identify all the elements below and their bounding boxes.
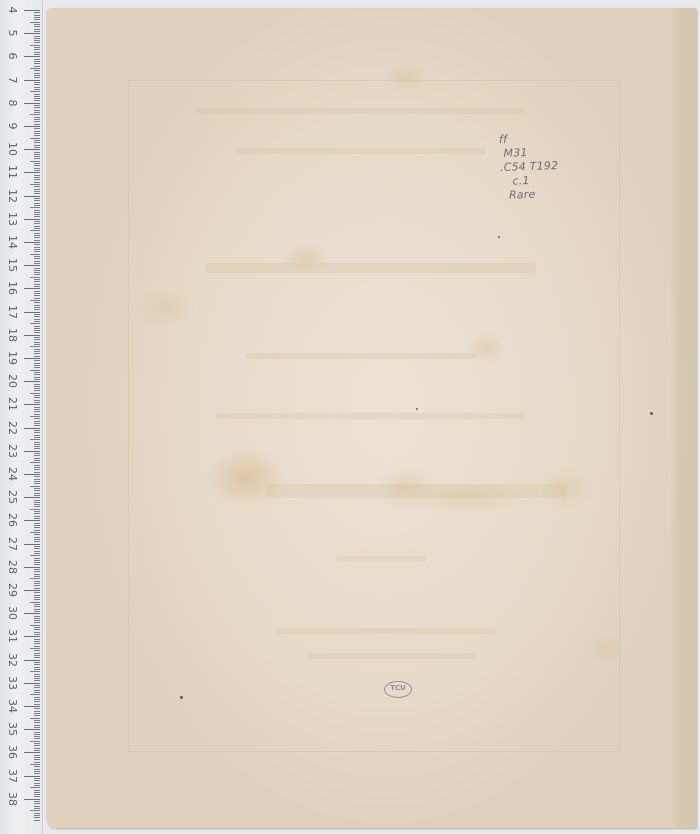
- ruler-mm-tick: [34, 481, 40, 482]
- ruler-mm-tick: [34, 815, 40, 816]
- ruler-mm-tick: [34, 467, 40, 468]
- ruler-mm-tick: [34, 806, 40, 807]
- ruler-cm-tick: [24, 265, 40, 266]
- ruler-cm-tick: [24, 103, 40, 104]
- ruler-mm-tick: [34, 15, 40, 16]
- ruler-mm-tick: [30, 91, 40, 92]
- ruler-mm-tick: [30, 694, 40, 695]
- ruler-mm-tick: [34, 96, 40, 97]
- ruler-mm-tick: [34, 794, 40, 795]
- ruler-mm-tick: [34, 110, 40, 111]
- ruler-mm-tick: [34, 674, 40, 675]
- ruler-mm-tick: [34, 622, 40, 623]
- ruler-mm-tick: [34, 152, 40, 153]
- ruler-mm-tick: [34, 305, 40, 306]
- ruler-mm-tick: [34, 279, 40, 280]
- ruler-mm-tick: [34, 432, 40, 433]
- ruler-cm-tick: [24, 544, 40, 545]
- ruler-mm-tick: [34, 657, 40, 658]
- ruler-mm-tick: [34, 715, 40, 716]
- foxing-speck: [180, 696, 183, 699]
- ruler-mm-tick: [34, 40, 40, 41]
- ruler-mm-tick: [34, 374, 40, 375]
- ruler-mm-tick: [34, 135, 40, 136]
- ruler-mm-tick: [34, 105, 40, 106]
- ruler-mm-tick: [34, 632, 40, 633]
- ruler-mm-tick: [34, 168, 40, 169]
- ruler-mm-tick: [34, 291, 40, 292]
- ruler-mm-tick: [34, 26, 40, 27]
- ruler-cm-tick: [24, 358, 40, 359]
- ruler-mm-tick: [34, 316, 40, 317]
- ruler-mm-tick: [34, 759, 40, 760]
- ruler-mm-tick: [34, 342, 40, 343]
- ruler-mm-tick: [34, 156, 40, 157]
- ruler-label: 12: [6, 188, 18, 204]
- ruler-mm-tick: [30, 486, 40, 487]
- ruler-mm-tick: [34, 708, 40, 709]
- ruler-mm-tick: [34, 70, 40, 71]
- ruler-cm-tick: [24, 729, 40, 730]
- ruler-mm-tick: [30, 254, 40, 255]
- ruler-mm-tick: [34, 453, 40, 454]
- ruler-mm-tick: [34, 163, 40, 164]
- ruler-mm-tick: [34, 569, 40, 570]
- ruler-label: 32: [6, 652, 18, 668]
- ruler-mm-tick: [34, 251, 40, 252]
- ruler-label: 11: [6, 164, 18, 180]
- ruler-cm-tick: [24, 196, 40, 197]
- ruler-mm-tick: [30, 68, 40, 69]
- ruler-cm-tick: [24, 520, 40, 521]
- ruler-mm-tick: [34, 680, 40, 681]
- ruler-mm-tick: [34, 504, 40, 505]
- ruler-mm-tick: [34, 541, 40, 542]
- ruler-mm-tick: [34, 518, 40, 519]
- ruler-mm-tick: [34, 47, 40, 48]
- ruler-mm-tick: [34, 84, 40, 85]
- ruler-cm-tick: [24, 149, 40, 150]
- ruler-mm-tick: [30, 741, 40, 742]
- ruler-mm-tick: [34, 52, 40, 53]
- ruler-mm-tick: [34, 19, 40, 20]
- ruler-mm-tick: [34, 31, 40, 32]
- ruler-mm-tick: [30, 277, 40, 278]
- ruler-mm-tick: [34, 757, 40, 758]
- ruler-mm-tick: [34, 414, 40, 415]
- ruler-mm-tick: [30, 462, 40, 463]
- call-number-line: .C54 T192: [500, 159, 559, 175]
- ruler-mm-tick: [34, 89, 40, 90]
- ruler-mm-tick: [34, 249, 40, 250]
- ruler-mm-tick: [34, 546, 40, 547]
- ruler-mm-tick: [34, 298, 40, 299]
- ruler-mm-tick: [34, 421, 40, 422]
- ruler-cm-tick: [24, 776, 40, 777]
- ruler-mm-tick: [34, 442, 40, 443]
- ruler-mm-tick: [34, 581, 40, 582]
- ruler-mm-tick: [30, 45, 40, 46]
- ruler-mm-tick: [34, 692, 40, 693]
- ruler-cm-tick: [24, 613, 40, 614]
- ruler-mm-tick: [34, 284, 40, 285]
- ruler-mm-tick: [34, 701, 40, 702]
- ruler-mm-tick: [34, 609, 40, 610]
- ruler-mm-tick: [34, 713, 40, 714]
- ruler-mm-tick: [34, 154, 40, 155]
- ruler-mm-tick: [34, 365, 40, 366]
- ruler-mm-tick: [34, 124, 40, 125]
- ruler-mm-tick: [34, 493, 40, 494]
- ruler-mm-tick: [34, 576, 40, 577]
- ruler-mm-tick: [34, 198, 40, 199]
- ruler-mm-tick: [34, 351, 40, 352]
- ruler-mm-tick: [34, 258, 40, 259]
- ruler-mm-tick: [34, 792, 40, 793]
- ruler-mm-tick: [30, 346, 40, 347]
- ruler-mm-tick: [34, 803, 40, 804]
- ruler-cm-tick: [24, 636, 40, 637]
- ruler-mm-tick: [30, 718, 40, 719]
- ruler-mm-tick: [34, 595, 40, 596]
- ruler-mm-tick: [34, 332, 40, 333]
- ruler-mm-tick: [34, 511, 40, 512]
- ruler-mm-tick: [34, 430, 40, 431]
- ruler-mm-tick: [34, 523, 40, 524]
- handwritten-call-number: ff M31 .C54 T192 c.1 Rare: [499, 131, 560, 203]
- ruler-mm-tick: [34, 539, 40, 540]
- ruler-mm-tick: [34, 200, 40, 201]
- ruler-label: 5: [6, 25, 18, 41]
- ruler-mm-tick: [30, 184, 40, 185]
- ruler-mm-tick: [34, 643, 40, 644]
- measuring-ruler: 4567891011121314151617181920212223242526…: [0, 0, 43, 834]
- ruler-label: 17: [6, 304, 18, 320]
- ruler-mm-tick: [30, 22, 40, 23]
- ruler-cm-tick: [24, 381, 40, 382]
- ruler-mm-tick: [34, 435, 40, 436]
- ruler-mm-tick: [30, 300, 40, 301]
- ruler-mm-tick: [34, 395, 40, 396]
- ruler-mm-tick: [34, 616, 40, 617]
- ruler-mm-tick: [34, 773, 40, 774]
- ruler-mm-tick: [34, 646, 40, 647]
- ruler-label: 38: [6, 791, 18, 807]
- ruler-mm-tick: [34, 732, 40, 733]
- ruler-mm-tick: [34, 748, 40, 749]
- ruler-mm-tick: [34, 189, 40, 190]
- ruler-mm-tick: [34, 17, 40, 18]
- ruler-mm-tick: [34, 165, 40, 166]
- ruler-mm-tick: [34, 558, 40, 559]
- show-through-text: [306, 653, 476, 659]
- ruler-mm-tick: [34, 634, 40, 635]
- ruler-mm-tick: [34, 444, 40, 445]
- ruler-mm-tick: [34, 469, 40, 470]
- ruler-label: 21: [6, 396, 18, 412]
- ruler-mm-tick: [34, 817, 40, 818]
- ruler-cm-tick: [24, 56, 40, 57]
- ruler-mm-tick: [34, 175, 40, 176]
- ruler-mm-tick: [34, 720, 40, 721]
- ruler-mm-tick: [34, 221, 40, 222]
- ruler-mm-tick: [34, 455, 40, 456]
- ruler-mm-tick: [30, 416, 40, 417]
- show-through-text: [276, 628, 496, 634]
- ruler-mm-tick: [34, 771, 40, 772]
- ruler-mm-tick: [30, 439, 40, 440]
- ruler-mm-tick: [34, 177, 40, 178]
- ruler-mm-tick: [34, 676, 40, 677]
- ruler-mm-tick: [34, 425, 40, 426]
- ruler-mm-tick: [34, 147, 40, 148]
- ruler-mm-tick: [34, 762, 40, 763]
- ruler-mm-tick: [34, 551, 40, 552]
- ruler-mm-tick: [34, 397, 40, 398]
- ruler-mm-tick: [30, 532, 40, 533]
- show-through-text: [246, 353, 476, 359]
- ruler-mm-tick: [34, 745, 40, 746]
- ruler-mm-tick: [34, 244, 40, 245]
- ruler-mm-tick: [34, 61, 40, 62]
- ruler-mm-tick: [34, 228, 40, 229]
- ruler-mm-tick: [34, 328, 40, 329]
- ruler-mm-tick: [34, 117, 40, 118]
- ruler-mm-tick: [34, 479, 40, 480]
- ruler-mm-tick: [34, 63, 40, 64]
- show-through-text: [216, 413, 526, 419]
- show-through-text: [206, 263, 536, 273]
- ruler-cm-tick: [24, 706, 40, 707]
- ruler-cm-tick: [24, 567, 40, 568]
- ruler-mm-tick: [30, 555, 40, 556]
- ruler-label: 6: [6, 48, 18, 64]
- foxing-speck: [650, 412, 653, 415]
- ruler-label: 33: [6, 675, 18, 691]
- ruler-mm-tick: [34, 769, 40, 770]
- show-through-text: [266, 484, 566, 498]
- ruler-mm-tick: [34, 574, 40, 575]
- ruler-label: 10: [6, 141, 18, 157]
- ruler-label: 34: [6, 698, 18, 714]
- ruler-mm-tick: [34, 500, 40, 501]
- ruler-mm-tick: [30, 114, 40, 115]
- ruler-mm-tick: [34, 618, 40, 619]
- ruler-mm-tick: [34, 158, 40, 159]
- ruler-mm-tick: [34, 307, 40, 308]
- ruler-cm-tick: [24, 10, 40, 11]
- ruler-mm-tick: [34, 667, 40, 668]
- ruler-mm-tick: [30, 671, 40, 672]
- ruler-mm-tick: [34, 588, 40, 589]
- ruler-mm-tick: [34, 386, 40, 387]
- ruler-mm-tick: [34, 780, 40, 781]
- ruler-mm-tick: [34, 548, 40, 549]
- ruler-cm-tick: [24, 752, 40, 753]
- ruler-mm-tick: [30, 648, 40, 649]
- ruler-mm-tick: [34, 704, 40, 705]
- ruler-cm-tick: [24, 33, 40, 34]
- ruler-mm-tick: [30, 578, 40, 579]
- ruler-mm-tick: [34, 653, 40, 654]
- ruler-mm-tick: [34, 783, 40, 784]
- ruler-label: 23: [6, 443, 18, 459]
- ruler-mm-tick: [34, 214, 40, 215]
- ruler-mm-tick: [34, 256, 40, 257]
- ruler-mm-tick: [34, 525, 40, 526]
- show-through-text: [196, 108, 526, 114]
- ruler-label: 27: [6, 536, 18, 552]
- ruler-mm-tick: [34, 38, 40, 39]
- ruler-cm-tick: [24, 404, 40, 405]
- ruler-mm-tick: [34, 402, 40, 403]
- ruler-mm-tick: [34, 639, 40, 640]
- ruler-mm-tick: [34, 530, 40, 531]
- ruler-mm-tick: [34, 766, 40, 767]
- ruler-mm-tick: [34, 326, 40, 327]
- ruler-mm-tick: [34, 319, 40, 320]
- ruler-mm-tick: [34, 583, 40, 584]
- foxing-speck: [416, 408, 418, 410]
- ruler-mm-tick: [34, 140, 40, 141]
- ruler-mm-tick: [34, 295, 40, 296]
- ruler-mm-tick: [34, 131, 40, 132]
- ruler-mm-tick: [30, 138, 40, 139]
- ruler-mm-tick: [34, 170, 40, 171]
- ruler-mm-tick: [34, 534, 40, 535]
- ruler-mm-tick: [34, 223, 40, 224]
- ruler-mm-tick: [34, 460, 40, 461]
- ruler-mm-tick: [34, 458, 40, 459]
- ruler-mm-tick: [34, 94, 40, 95]
- ruler-mm-tick: [34, 337, 40, 338]
- ruler-label: 26: [6, 512, 18, 528]
- ruler-mm-tick: [30, 207, 40, 208]
- document-page: ff M31 .C54 T192 c.1 Rare TCU: [46, 8, 696, 828]
- ruler-label: 18: [6, 327, 18, 343]
- ruler-mm-tick: [34, 314, 40, 315]
- ruler-mm-tick: [34, 226, 40, 227]
- ruler-label: 30: [6, 605, 18, 621]
- ruler-mm-tick: [34, 808, 40, 809]
- ruler-mm-tick: [34, 145, 40, 146]
- ruler-mm-tick: [34, 411, 40, 412]
- ruler-mm-tick: [34, 488, 40, 489]
- ruler-cm-tick: [24, 80, 40, 81]
- ruler-mm-tick: [34, 128, 40, 129]
- ruler-mm-tick: [34, 87, 40, 88]
- ruler-mm-tick: [34, 650, 40, 651]
- ruler-mm-tick: [34, 446, 40, 447]
- ruler-mm-tick: [34, 697, 40, 698]
- ruler-cm-tick: [24, 683, 40, 684]
- ruler-label: 16: [6, 280, 18, 296]
- ruler-mm-tick: [34, 372, 40, 373]
- ruler-mm-tick: [34, 191, 40, 192]
- ruler-mm-tick: [34, 592, 40, 593]
- ruler-mm-tick: [30, 810, 40, 811]
- show-through-text: [236, 148, 486, 154]
- ruler-mm-tick: [34, 465, 40, 466]
- ruler-label: 20: [6, 373, 18, 389]
- ruler-mm-tick: [34, 483, 40, 484]
- ruler-mm-tick: [34, 813, 40, 814]
- ruler-mm-tick: [34, 66, 40, 67]
- ruler-mm-tick: [34, 54, 40, 55]
- ruler-mm-tick: [34, 627, 40, 628]
- ruler-mm-tick: [34, 687, 40, 688]
- ruler-mm-tick: [34, 24, 40, 25]
- ruler-mm-tick: [34, 388, 40, 389]
- ruler-mm-tick: [34, 237, 40, 238]
- ruler-mm-tick: [34, 560, 40, 561]
- ruler-cm-tick: [24, 242, 40, 243]
- ruler-mm-tick: [34, 727, 40, 728]
- ruler-label: 9: [6, 118, 18, 134]
- ruler-mm-tick: [34, 12, 40, 13]
- ruler-mm-tick: [30, 787, 40, 788]
- ruler-mm-tick: [34, 743, 40, 744]
- ruler-mm-tick: [34, 537, 40, 538]
- ruler-mm-tick: [34, 205, 40, 206]
- ruler-label: 14: [6, 234, 18, 250]
- ruler-mm-tick: [34, 268, 40, 269]
- ruler-mm-tick: [34, 119, 40, 120]
- ruler-mm-tick: [34, 186, 40, 187]
- ruler-cm-tick: [24, 126, 40, 127]
- ruler-mm-tick: [34, 418, 40, 419]
- ruler-label: 22: [6, 420, 18, 436]
- ruler-mm-tick: [30, 230, 40, 231]
- ruler-mm-tick: [34, 344, 40, 345]
- ruler-mm-tick: [34, 725, 40, 726]
- ruler-mm-tick: [34, 203, 40, 204]
- ruler-mm-tick: [34, 59, 40, 60]
- call-number-line: Rare: [501, 187, 560, 203]
- ruler-label: 29: [6, 582, 18, 598]
- ruler-mm-tick: [34, 107, 40, 108]
- foxing-speck: [498, 236, 500, 238]
- ruler-mm-tick: [34, 423, 40, 424]
- ruler-mm-tick: [34, 409, 40, 410]
- ruler-cm-tick: [24, 335, 40, 336]
- ruler-mm-tick: [30, 393, 40, 394]
- ruler-mm-tick: [34, 321, 40, 322]
- ruler-mm-tick: [34, 360, 40, 361]
- ruler-mm-tick: [34, 699, 40, 700]
- ruler-cm-tick: [24, 428, 40, 429]
- ruler-cm-tick: [24, 660, 40, 661]
- ruler-mm-tick: [30, 625, 40, 626]
- ruler-label: 25: [6, 489, 18, 505]
- ruler-mm-tick: [30, 323, 40, 324]
- ruler-mm-tick: [34, 734, 40, 735]
- ruler-mm-tick: [34, 585, 40, 586]
- ruler-label: 19: [6, 350, 18, 366]
- ruler-label: 24: [6, 466, 18, 482]
- ruler-mm-tick: [34, 302, 40, 303]
- ruler-mm-tick: [34, 216, 40, 217]
- ruler-cm-tick: [24, 312, 40, 313]
- ruler-mm-tick: [34, 142, 40, 143]
- ruler-mm-tick: [34, 604, 40, 605]
- ruler-mm-tick: [34, 293, 40, 294]
- ruler-mm-tick: [34, 353, 40, 354]
- ruler-mm-tick: [34, 690, 40, 691]
- ruler-mm-tick: [34, 796, 40, 797]
- ruler-mm-tick: [34, 377, 40, 378]
- ruler-label: 31: [6, 628, 18, 644]
